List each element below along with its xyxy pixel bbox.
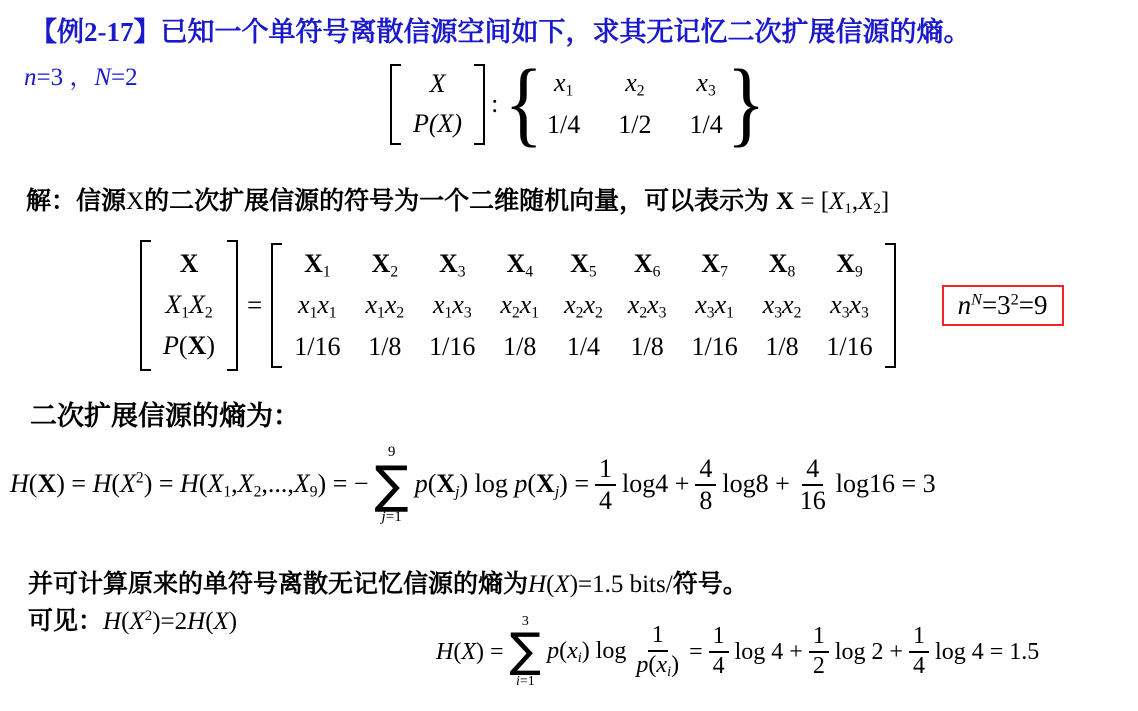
math-token: 2 xyxy=(1011,290,1019,308)
label-row: P(X) xyxy=(163,330,215,363)
math-token: X xyxy=(461,639,476,665)
math-token: x xyxy=(298,290,310,319)
math-token: 1 xyxy=(913,623,925,649)
math-token: 3 xyxy=(842,305,850,322)
matrix-symbol-cell: x3x1 xyxy=(695,290,734,322)
matrix-symbol-cell: x2x2 xyxy=(564,290,603,322)
math-token: p xyxy=(547,638,559,664)
math-token: ( xyxy=(205,608,213,635)
math-token: ) = xyxy=(476,639,504,665)
math-token: 1 xyxy=(652,622,664,648)
matrix-prob-cell: 1/8 xyxy=(503,332,536,362)
math-token: 【例 xyxy=(30,17,84,47)
math-token: log8 + xyxy=(722,469,789,498)
fraction: 48 xyxy=(695,454,716,516)
math-token: x xyxy=(830,290,842,319)
math-token: n xyxy=(958,290,972,320)
fraction-numerator: 4 xyxy=(802,454,823,486)
math-token: X xyxy=(129,608,144,635)
math-token: X xyxy=(776,188,794,215)
matrix-prob-cell: 1/8 xyxy=(765,332,798,362)
math-token: 2 xyxy=(639,305,647,322)
math-token: x xyxy=(695,290,707,319)
matrix-symbol-cell: x3x3 xyxy=(830,290,869,322)
math-token: X xyxy=(120,469,136,498)
math-token: ( xyxy=(559,638,567,664)
math-token: 2-17 xyxy=(84,17,134,47)
math-token: X xyxy=(294,469,310,498)
math-run: log16 = 3 xyxy=(836,468,936,501)
math-token: H xyxy=(187,608,205,635)
matrix-symbol-cell: x2x1 xyxy=(500,290,539,322)
math-token: =3 ， xyxy=(37,64,95,91)
math-token: =1.5 bits/ xyxy=(578,571,673,598)
math-token: X xyxy=(554,571,569,598)
math-token: 3 xyxy=(707,305,715,322)
combination-count-box: nN=32=9 xyxy=(942,285,1064,326)
math-token: X xyxy=(189,290,205,319)
math-token: x xyxy=(452,290,464,319)
math-token: x xyxy=(500,290,512,319)
math-token: X xyxy=(372,249,391,278)
math-token: 4 xyxy=(525,263,533,280)
math-token: 可见： xyxy=(28,607,103,635)
math-run: p(xi) log xyxy=(547,636,626,667)
matrix-prob-cell: 1/16 xyxy=(294,332,340,362)
fraction: 14 xyxy=(909,623,929,680)
math-token: = xyxy=(689,639,703,665)
math-token: 3 xyxy=(464,305,472,322)
equals-sign: = xyxy=(247,290,262,321)
math-token: 3 xyxy=(458,263,466,280)
math-token: 1 xyxy=(844,201,852,217)
math-token: 1 xyxy=(713,623,725,649)
math-token: =2 xyxy=(161,608,188,635)
math-token: X xyxy=(214,608,229,635)
math-token: 16 xyxy=(800,486,826,515)
math-token: 1 xyxy=(223,483,231,500)
math-token: H xyxy=(103,608,121,635)
left-brace: { xyxy=(504,57,543,152)
math-token: ) log xyxy=(582,638,627,664)
label-row: X xyxy=(180,248,199,281)
math-token: ) xyxy=(570,571,578,598)
matrix-header-cell: X5 xyxy=(570,249,597,281)
fraction: 14 xyxy=(709,623,729,680)
matrix-prob-cell: 1/16 xyxy=(826,332,872,362)
math-token: =3 xyxy=(982,290,1011,320)
math-token: X xyxy=(634,249,653,278)
fraction-numerator: 4 xyxy=(695,454,716,486)
math-run: log 4 + xyxy=(735,637,803,667)
math-run: log4 + xyxy=(622,468,689,501)
sigma-icon: ∑ xyxy=(510,629,542,673)
left-bracket xyxy=(140,240,151,371)
math-token: ) xyxy=(152,608,160,635)
symbol-sub: 2 xyxy=(637,82,645,99)
math-token: x xyxy=(782,290,794,319)
math-token: 1 xyxy=(599,454,612,483)
math-token: X xyxy=(180,249,199,278)
math-token: 4 xyxy=(713,653,725,679)
math-token: N xyxy=(971,290,982,308)
math-token: x xyxy=(628,290,640,319)
math-token: 8 xyxy=(699,486,712,515)
matrix-symbol-cell: x3x2 xyxy=(763,290,802,322)
math-token: X xyxy=(304,249,323,278)
math-token: x xyxy=(715,290,727,319)
matrix-symbol-cell: x1x2 xyxy=(365,290,404,322)
math-run: log 4 = 1.5 xyxy=(935,637,1039,667)
math-token: 1 xyxy=(531,305,539,322)
math-token: x xyxy=(433,290,445,319)
prob-cell: 1/4 xyxy=(689,110,722,140)
math-token: N xyxy=(94,64,111,91)
fraction-denominator: p(xi) xyxy=(632,652,683,681)
source-var-symbol: X xyxy=(430,69,446,99)
math-token: X xyxy=(37,469,56,498)
colon-separator: : xyxy=(491,89,498,119)
math-token: 并可计算原来的单符号离散无记忆信源的熵为 xyxy=(28,570,528,598)
math-token: 1 xyxy=(323,263,331,280)
math-token: ) = xyxy=(559,469,589,498)
left-bracket xyxy=(271,243,282,368)
fraction: 12 xyxy=(809,623,829,680)
math-token: 4 xyxy=(913,653,925,679)
left-bracket xyxy=(390,64,401,145)
matrix-prob-cell: 1/4 xyxy=(567,332,600,362)
math-token: H xyxy=(528,571,546,598)
math-token: log 4 = 1.5 xyxy=(935,639,1039,665)
matrix-header-cell: X7 xyxy=(701,249,728,281)
symbol-sub: 3 xyxy=(708,82,716,99)
matrix-prob-cell: 1/8 xyxy=(368,332,401,362)
math-token: x xyxy=(647,290,659,319)
source-matrix-grid: x1 x2 x3 1/4 1/2 1/4 xyxy=(547,68,723,140)
solution-line: 解：信源X的二次扩展信源的符号为一个二维随机向量，可以表示为 X = [X1,X… xyxy=(26,181,889,218)
math-token: ) = xyxy=(56,469,92,498)
fraction-denominator: 4 xyxy=(595,486,616,516)
math-token: X xyxy=(188,331,207,360)
math-token: p xyxy=(514,469,527,498)
math-token: X xyxy=(836,249,855,278)
parameters-line: n=3 ，N=2 xyxy=(24,57,138,93)
right-bracket xyxy=(474,64,485,145)
math-token: 4 xyxy=(599,486,612,515)
math-token: n xyxy=(24,64,37,91)
math-token: 1 xyxy=(377,305,385,322)
math-token: =1 xyxy=(520,674,535,689)
math-token: = [ xyxy=(794,188,829,215)
math-token: 2 xyxy=(595,305,603,322)
symbol-base: x xyxy=(696,68,708,97)
original-entropy-line: 并可计算原来的单符号离散无记忆信源的熵为H(X)=1.5 bits/符号。 xyxy=(28,564,748,600)
fraction-numerator: 1 xyxy=(595,454,616,486)
math-token: 4 xyxy=(806,454,819,483)
fraction-denominator: 4 xyxy=(709,653,729,681)
math-token: x xyxy=(656,652,667,678)
math-token: X xyxy=(506,249,525,278)
matrix-symbol-cell: x2x3 xyxy=(628,290,667,322)
math-token: ) xyxy=(229,608,237,635)
math-token: ) xyxy=(671,652,679,678)
math-token: P xyxy=(163,331,179,360)
math-token: 2 xyxy=(794,305,802,322)
math-token: X xyxy=(536,469,555,498)
extension-matrix-labels: X X1X2 P(X) xyxy=(151,240,227,371)
matrix-prob-cell: 1/16 xyxy=(429,332,475,362)
math-token: x xyxy=(564,290,576,319)
matrix-header-cell: X1 xyxy=(304,249,331,281)
math-token: 9 xyxy=(310,483,318,500)
math-token: 1 xyxy=(813,623,825,649)
math-token: 1 xyxy=(726,305,734,322)
math-token: 2 xyxy=(873,201,881,217)
math-token: x xyxy=(385,290,397,319)
math-token: x xyxy=(567,638,578,664)
matrix-prob-cell: 1/16 xyxy=(691,332,737,362)
math-token: =1 xyxy=(386,509,402,525)
math-token: H xyxy=(10,469,29,498)
math-token: log 4 + xyxy=(735,639,803,665)
math-token: X xyxy=(165,290,181,319)
math-run: H(X) = xyxy=(436,637,504,667)
sigma-icon: ∑ xyxy=(375,461,409,509)
math-token: ) log xyxy=(459,469,514,498)
symbol-cell: x2 xyxy=(625,68,644,100)
math-token: p xyxy=(415,469,428,498)
fraction-numerator: 1 xyxy=(709,623,729,653)
math-token: 1 xyxy=(181,304,189,321)
fraction: 14 xyxy=(595,454,616,516)
extended-entropy-equation: H(X) = H(X2) = H(X1,X2,...,X9) = −9∑j=1p… xyxy=(10,444,936,525)
math-token: 符号。 xyxy=(673,570,748,598)
lecture-slide: 【例2-17】已知一个单符号离散信源空间如下，求其无记忆二次扩展信源的熵。 n=… xyxy=(0,0,1138,711)
summation: 3∑i=1 xyxy=(510,614,542,689)
math-token: 解：信源 xyxy=(26,187,126,215)
fraction-numerator: 1 xyxy=(909,623,929,653)
math-run: log 2 + xyxy=(835,637,903,667)
right-brace: } xyxy=(727,57,766,152)
math-token: H xyxy=(93,469,112,498)
math-token: 2 xyxy=(396,305,404,322)
fraction-denominator: 16 xyxy=(796,486,830,516)
math-token: =2 xyxy=(111,64,138,91)
math-token: X xyxy=(858,188,873,215)
source-prob-label: P(X) xyxy=(413,109,462,139)
math-token: x xyxy=(850,290,862,319)
symbol-base: x xyxy=(625,68,637,97)
conclusion-line: 可见：H(X2)=2H(X) xyxy=(28,601,237,637)
single-entropy-equation: H(X) =3∑i=1p(xi) log1p(xi)=14log 4 +12lo… xyxy=(436,614,1039,689)
label-row: X1X2 xyxy=(165,289,212,323)
math-token: =9 xyxy=(1019,290,1048,320)
math-token: 1 xyxy=(329,305,337,322)
fraction: 416 xyxy=(796,454,830,516)
math-token: 3 xyxy=(659,305,667,322)
source-matrix-labels: X P(X) xyxy=(401,64,474,144)
math-token: 6 xyxy=(653,263,661,280)
matrix-header-cell: X8 xyxy=(769,249,796,281)
math-token: p xyxy=(636,652,648,678)
matrix-header-cell: X4 xyxy=(506,249,533,281)
math-run: H(X) = H(X2) = H(X1,X2,...,X9) = − xyxy=(10,468,369,502)
summation: 9∑j=1 xyxy=(375,444,409,525)
right-bracket xyxy=(227,240,238,371)
math-token: X xyxy=(439,249,458,278)
symbol-cell: x3 xyxy=(696,68,715,100)
symbol-base: x xyxy=(554,68,566,97)
math-token: x xyxy=(365,290,377,319)
matrix-symbol-cell: x1x3 xyxy=(433,290,472,322)
right-bracket xyxy=(885,243,896,368)
extension-vector-matrix: X X1X2 P(X) xyxy=(140,240,238,371)
math-token: H xyxy=(436,639,453,665)
extension-matrix-grid: X1X2X3X4X5X6X7X8X9x1x1x1x2x1x3x2x1x2x2x2… xyxy=(282,243,884,368)
prob-cell: 1/2 xyxy=(618,110,651,140)
math-token: log4 + xyxy=(622,469,689,498)
math-token: ( xyxy=(111,469,120,498)
math-token: X xyxy=(701,249,720,278)
math-token: 2 xyxy=(813,653,825,679)
math-token: 】已知一个单符号离散信源空间如下，求其无记忆二次扩展信源的熵。 xyxy=(134,17,971,47)
math-token: 8 xyxy=(788,263,796,280)
math-token: 4 xyxy=(699,454,712,483)
source-space-matrix: X P(X) : { x1 x2 x3 1/4 1/2 1/4 } xyxy=(390,64,765,145)
math-token: 2 xyxy=(205,304,213,321)
math-token: ,..., xyxy=(261,469,294,498)
fraction-denominator: 8 xyxy=(695,486,716,516)
summation-lower-limit: i=1 xyxy=(516,674,535,689)
matrix-header-cell: X9 xyxy=(836,249,863,281)
fraction-denominator: 4 xyxy=(909,653,929,681)
math-token: X xyxy=(829,188,844,215)
math-token: log 2 + xyxy=(835,639,903,665)
math-token: 的二次扩展信源的符号为一个二维随机向量，可以表示为 xyxy=(144,187,776,215)
math-token: H xyxy=(180,469,199,498)
entropy-heading: 二次扩展信源的熵为： xyxy=(30,394,300,433)
fraction-numerator: 1 xyxy=(809,623,829,653)
math-run: = xyxy=(689,637,703,667)
math-token: 5 xyxy=(589,263,597,280)
math-token: X xyxy=(570,249,589,278)
matrix-prob-cell: 1/8 xyxy=(631,332,664,362)
prob-cell: 1/4 xyxy=(547,110,580,140)
example-title: 【例2-17】已知一个单符号离散信源空间如下，求其无记忆二次扩展信源的熵。 xyxy=(30,10,971,49)
math-token: x xyxy=(317,290,329,319)
math-token: X xyxy=(207,469,223,498)
math-token: x xyxy=(520,290,532,319)
math-token: ] xyxy=(881,188,889,215)
math-token: ) xyxy=(206,331,215,360)
matrix-symbol-cell: x1x1 xyxy=(298,290,337,322)
math-token: x xyxy=(763,290,775,319)
math-token: X xyxy=(769,249,788,278)
math-token: 2 xyxy=(390,263,398,280)
math-token: log16 = 3 xyxy=(836,469,936,498)
math-token: 9 xyxy=(855,263,863,280)
math-token: X xyxy=(126,188,144,215)
symbol-sub: 1 xyxy=(566,82,574,99)
math-token: X xyxy=(436,469,455,498)
math-token: 2 xyxy=(136,469,144,486)
extension-symbol-matrix: X1X2X3X4X5X6X7X8X9x1x1x1x2x1x3x2x1x2x2x2… xyxy=(271,243,895,368)
math-token: 2 xyxy=(512,305,520,322)
math-token: X xyxy=(238,469,254,498)
math-token: 3 xyxy=(861,305,869,322)
fraction-denominator: 2 xyxy=(809,653,829,681)
math-token: ) = − xyxy=(318,469,369,498)
extension-matrix-row: X X1X2 P(X) = X1X2X3X4X5X6X7X8X9x1x1x1x2… xyxy=(140,240,1064,371)
math-token: ) = xyxy=(144,469,180,498)
matrix-header-cell: X2 xyxy=(372,249,399,281)
math-run: p(Xj) log p(Xj) = xyxy=(415,468,589,502)
fraction: 1p(xi) xyxy=(632,622,683,680)
math-token: ( xyxy=(527,469,536,498)
math-token: 7 xyxy=(720,263,728,280)
math-token: ( xyxy=(179,331,188,360)
matrix-header-cell: X3 xyxy=(439,249,466,281)
symbol-cell: x1 xyxy=(554,68,573,100)
fraction-numerator: 1 xyxy=(648,622,668,652)
matrix-header-cell: X6 xyxy=(634,249,661,281)
summation-lower-limit: j=1 xyxy=(381,509,401,526)
math-run: log8 + xyxy=(722,468,789,501)
math-token: x xyxy=(583,290,595,319)
math-token: 3 xyxy=(774,305,782,322)
